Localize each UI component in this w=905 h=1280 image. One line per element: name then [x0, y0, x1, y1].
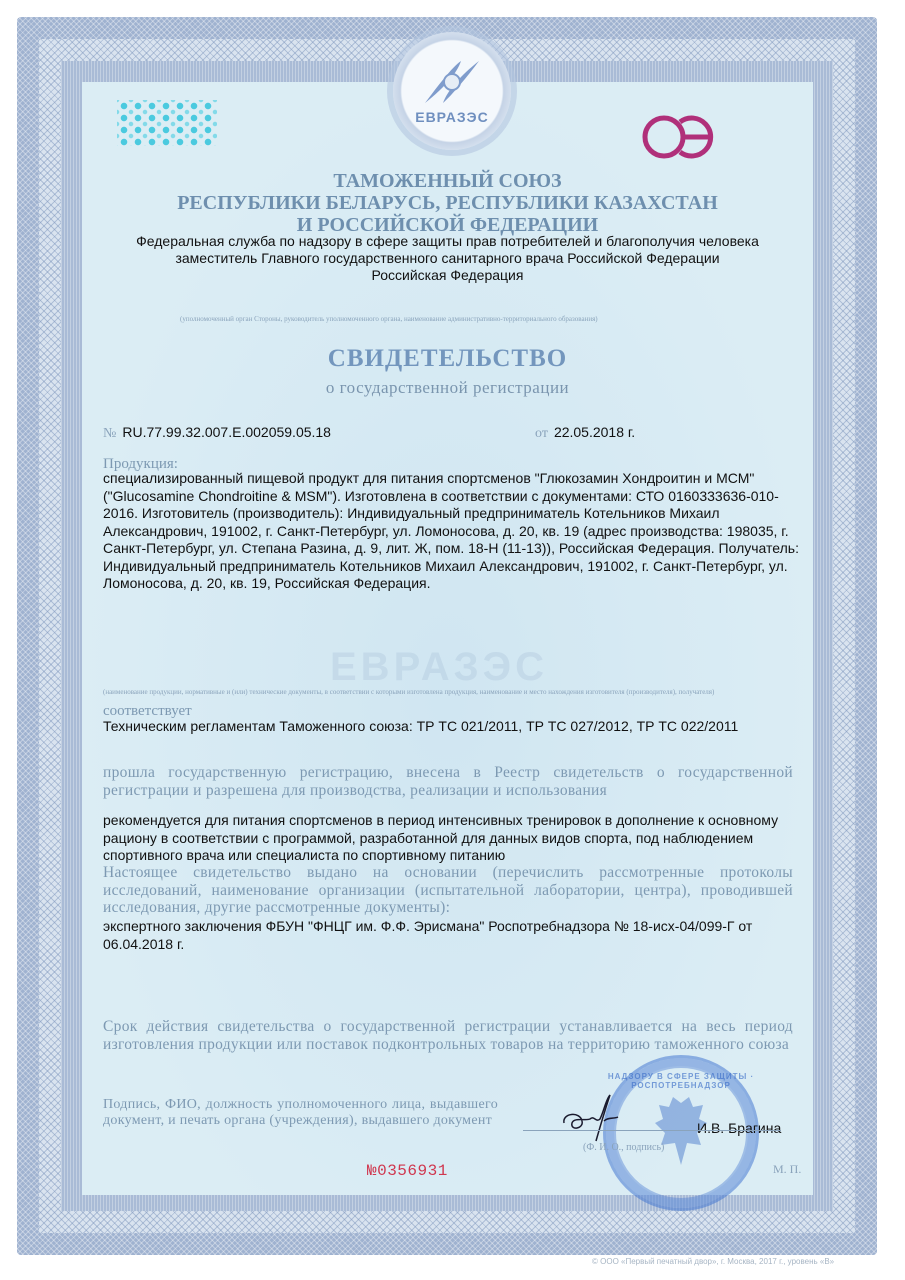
serial-number: №0356931	[367, 1162, 448, 1180]
issuing-authority: Федеральная служба по надзору в сфере за…	[82, 233, 813, 284]
authority-caption: (уполномоченный орган Стороны, руководит…	[180, 315, 598, 323]
authority-line: Федеральная служба по надзору в сфере за…	[82, 233, 813, 250]
fio-caption: (Ф. И. О., подпись)	[583, 1142, 664, 1153]
product-description: специализированный пищевой продукт для п…	[103, 470, 803, 593]
se-mark-icon	[640, 112, 716, 162]
printer-imprint: © ООО «Первый печатный двор», г. Москва,…	[592, 1257, 834, 1266]
number-label: №	[103, 426, 116, 441]
evrazes-logo-icon	[417, 57, 487, 107]
evrazes-watermark: ЕВРАЗЭС	[300, 580, 600, 690]
product-caption: (наименование продукции, нормативные и (…	[103, 688, 714, 696]
certificate-title: СВИДЕТЕЛЬСТВО	[82, 345, 813, 373]
stamp-text: НАДЗОРУ В СФЕРЕ ЗАЩИТЫ · РОСПОТРЕБНАДЗОР	[606, 1072, 756, 1090]
hologram	[117, 100, 217, 146]
basis-documents: экспертного заключения ФБУН "ФНЦГ им. Ф.…	[103, 918, 793, 953]
date-value: 22.05.2018 г.	[554, 424, 635, 440]
union-line: ТАМОЖЕННЫЙ СОЮЗ	[82, 170, 813, 192]
validity-statement: Срок действия свидетельства о государств…	[103, 1018, 793, 1053]
watermark-text: ЕВРАЗЭС	[330, 645, 548, 690]
union-line: РЕСПУБЛИКИ БЕЛАРУСЬ, РЕСПУБЛИКИ КАЗАХСТА…	[82, 192, 813, 214]
registration-date: от22.05.2018 г.	[535, 424, 635, 442]
number-value: RU.77.99.32.007.E.002059.05.18	[122, 424, 331, 440]
seal-place-caption: М. П.	[773, 1162, 801, 1177]
emblem-label: ЕВРАЗЭС	[415, 109, 489, 125]
date-label: от	[535, 426, 548, 441]
registration-number: №RU.77.99.32.007.E.002059.05.18	[103, 424, 331, 442]
signature-line	[523, 1130, 781, 1131]
signature-label: Подпись, ФИО, должность уполномоченного …	[103, 1097, 498, 1129]
customs-union-title: ТАМОЖЕННЫЙ СОЮЗ РЕСПУБЛИКИ БЕЛАРУСЬ, РЕС…	[82, 170, 813, 236]
signer-name: И.В. Брагина	[697, 1120, 781, 1136]
signature-icon	[560, 1093, 620, 1143]
certificate-subtitle: о государственной регистрации	[82, 378, 813, 398]
technical-regulations: Техническим регламентам Таможенного союз…	[103, 718, 803, 736]
registration-statement: прошла государственную регистрацию, внес…	[103, 764, 793, 799]
usage-recommendation: рекомендуется для питания спортсменов в …	[103, 812, 783, 865]
authority-line: Российская Федерация	[82, 267, 813, 284]
basis-label: Настоящее свидетельство выдано на основа…	[103, 864, 793, 917]
authority-line: заместитель Главного государственного са…	[82, 250, 813, 267]
evrazes-emblem: ЕВРАЗЭС	[393, 32, 511, 150]
